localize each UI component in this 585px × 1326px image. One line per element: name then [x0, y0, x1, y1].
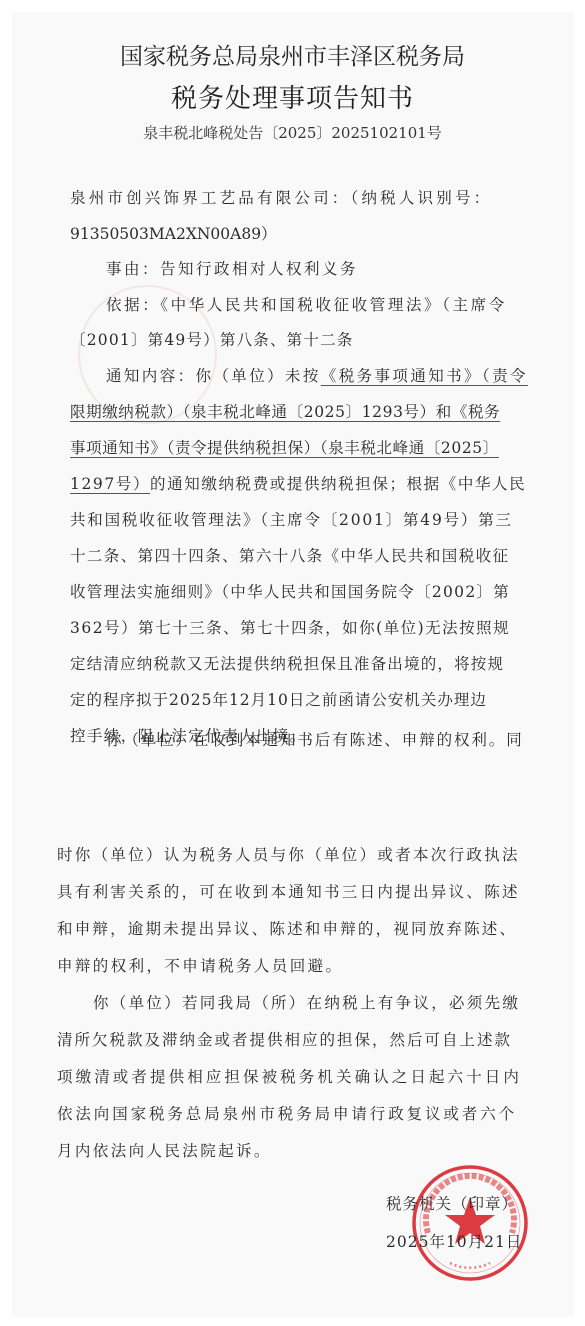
dispute-paragraph-line-3: 项缴清或者提供相应担保被税务机关确认之日起六十日内 — [57, 1065, 522, 1087]
notice-content-line-9: 定结清应纳税款又无法提供纳税担保且准备出境的，将按规 — [70, 652, 504, 674]
reason-line: 事由：告知行政相对人权利义务 — [106, 257, 358, 279]
notice-content-line-1: 通知内容：你（单位）未按《税务事项通知书》（责令 — [106, 364, 528, 386]
notice-content-line-8: 362号）第七十三条、第七十四条，如你(单位)无法按照规 — [70, 616, 510, 638]
notice-content-line-7: 收管理法实施细则》（中华人民共和国国务院令〔2002〕第 — [70, 580, 510, 602]
notice-content-label: 通知内容：你（单位）未按 — [106, 367, 321, 385]
issuing-organization: 国家税务总局泉州市丰泽区税务局 — [0, 38, 585, 71]
notice-content-line-10: 定的程序拟于2025年12月10日之前函请公安机关办理边 — [70, 688, 487, 710]
taxpayer-id: 91350503MA2XN00A89） — [70, 222, 277, 244]
issue-date: 2025年10月21日 — [386, 1230, 522, 1252]
basis-line-1: 依据：《中华人民共和国税收征收管理法》（主席令 — [106, 293, 507, 315]
rights-paragraph-line-2: 时你（单位）认为税务人员与你（单位）或者本次行政执法 — [57, 843, 520, 865]
dispute-paragraph-line-4: 依法向国家税务总局泉州市税务局申请行政复议或者六个 — [57, 1102, 517, 1124]
notice-content-line-4: 1297号）的通知缴纳税费或提供纳税担保；根据《中华人民 — [70, 472, 526, 494]
notice-content-line-2: 限期缴纳税款）（泉丰税北峰通〔2025〕1293号）和《税务 — [70, 400, 500, 422]
notice-content-line-3: 事项通知书》（责令提供纳税担保）（泉丰税北峰通〔2025〕 — [70, 436, 499, 458]
dispute-paragraph-line-5: 月内依法向人民法院起诉。 — [57, 1139, 272, 1161]
rights-paragraph-line-5: 申辩的权利，不申请税务人员回避。 — [57, 954, 343, 976]
dispute-paragraph-line-1: 你（单位）若同我局（所）在纳税上有争议，必须先缴 — [93, 991, 520, 1013]
notice-content-line-6: 十二条、第四十四条、第六十八条《中华人民共和国税收征 — [70, 544, 509, 566]
document-number: 泉丰税北峰税处告〔2025〕2025102101号 — [0, 122, 585, 143]
official-seal-icon — [410, 1163, 530, 1283]
notice-content-line-5: 共和国税收征收管理法》（主席令〔2001〕第49号）第三 — [70, 508, 513, 530]
addressee-line: 泉州市创兴饰界工艺品有限公司：（纳税人识别号： — [70, 186, 492, 208]
document-title: 税务处理事项告知书 — [0, 78, 585, 115]
referenced-notice-number: 1297号） — [70, 475, 150, 493]
rights-paragraph-line-3: 具有利害关系的，可在收到本通知书三日内提出异议、陈述 — [57, 880, 520, 902]
rights-paragraph-line-4: 和申辩，逾期未提出异议、陈述和申辩的，视同放弃陈述、 — [57, 917, 517, 939]
referenced-notice-link: 《税务事项通知书》（责令 — [321, 367, 528, 385]
issuer-seal-label: 税务机关（印章） — [386, 1192, 518, 1214]
dispute-paragraph-line-2: 清所欠税款及滞纳金或者提供相应的担保，然后可自上述款 — [57, 1028, 512, 1050]
rights-paragraph-line-1: 你（单位）在收到本通知书后有陈述、申辩的权利。同 — [106, 728, 524, 750]
basis-line-2: 〔2001〕第49号）第八条、第十二条 — [70, 328, 353, 350]
